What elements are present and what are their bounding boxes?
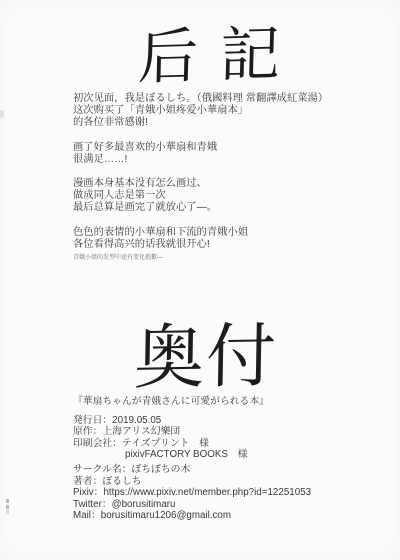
- original-work-line: 原作：上海アリス幻樂団: [73, 426, 390, 438]
- mail-address-line: Mail：borusitimaru1206@gmail.com: [73, 510, 390, 522]
- afterword-text: 初次见面，我是ぼるしち。（俄國料理 常翻譯成紅菜湯） 这次购买了「青娥小姐疼爱小…: [73, 93, 380, 263]
- printer-line-2: pixivFACTORY BOOKS 様: [73, 449, 390, 461]
- printer-line-1: 印刷会社：テイズプリント 様: [73, 438, 390, 450]
- afterword-line: 很满足……!: [73, 154, 380, 166]
- afterword-line: 的各位非常感谢!: [73, 117, 380, 129]
- afterword-paragraph: 漫画本身基本没有怎么画过、 做成同人志是第一次 最后总算是画完了就放心了—。: [73, 178, 380, 215]
- colophon-heading: 奥付: [133, 321, 278, 394]
- book-title: 『華扇ちゃんが青娥さんに可愛がられる本』: [73, 396, 390, 408]
- afterword-line: 漫画本身基本没有怎么画过、: [73, 178, 380, 190]
- afterword-line: 初次见面，我是ぼるしち。（俄國料理 常翻譯成紅菜湯）: [73, 93, 380, 105]
- page-edge-mark-artifact: [6, 499, 9, 503]
- colophon-block: 『華扇ちゃんが青娥さんに可愛がられる本』 発行日：2019.05.05 原作：上…: [73, 396, 390, 522]
- afterword-paragraph: 画了好多最喜欢的小華扇和青娥 很满足……!: [73, 142, 380, 166]
- afterword-heading: 后記: [137, 24, 303, 88]
- twitter-handle-line: Twitter：@borusitimaru: [73, 499, 390, 511]
- pixiv-url-line: Pixiv：https://www.pixiv.net/member.php?i…: [73, 487, 390, 499]
- afterword-line: 这次购买了「青娥小姐疼爱小華扇本」: [73, 105, 380, 117]
- afterword-paragraph: 色色的表情的小華扇和下流的青娥小姐 各位看得高兴的话我就很开心!: [73, 227, 380, 251]
- afterword-line: 最后总算是画完了就放心了—。: [73, 202, 380, 214]
- scan-smudge-artifact: [0, 110, 4, 118]
- author-line: 著者：ぼるしち: [73, 476, 390, 488]
- afterword-footnote: 青娥小姐的发型中途有变化抱歉—: [73, 255, 163, 262]
- publish-date-line: 発行日：2019.05.05: [73, 415, 390, 427]
- afterword-line: 画了好多最喜欢的小華扇和青娥: [73, 142, 380, 154]
- circle-name-line: サークル名：ぼちぼちの木: [73, 464, 390, 476]
- afterword-line: 做成同人志是第一次: [73, 190, 380, 202]
- afterword-paragraph: 初次见面，我是ぼるしち。（俄國料理 常翻譯成紅菜湯） 这次购买了「青娥小姐疼爱小…: [73, 93, 380, 130]
- afterword-line: 色色的表情的小華扇和下流的青娥小姐: [73, 227, 380, 239]
- scanned-afterword-page: 后記 初次见面，我是ぼるしち。（俄國料理 常翻譯成紅菜湯） 这次购买了「青娥小姐…: [0, 0, 400, 560]
- afterword-line: 各位看得高兴的话我就很开心!: [73, 239, 380, 251]
